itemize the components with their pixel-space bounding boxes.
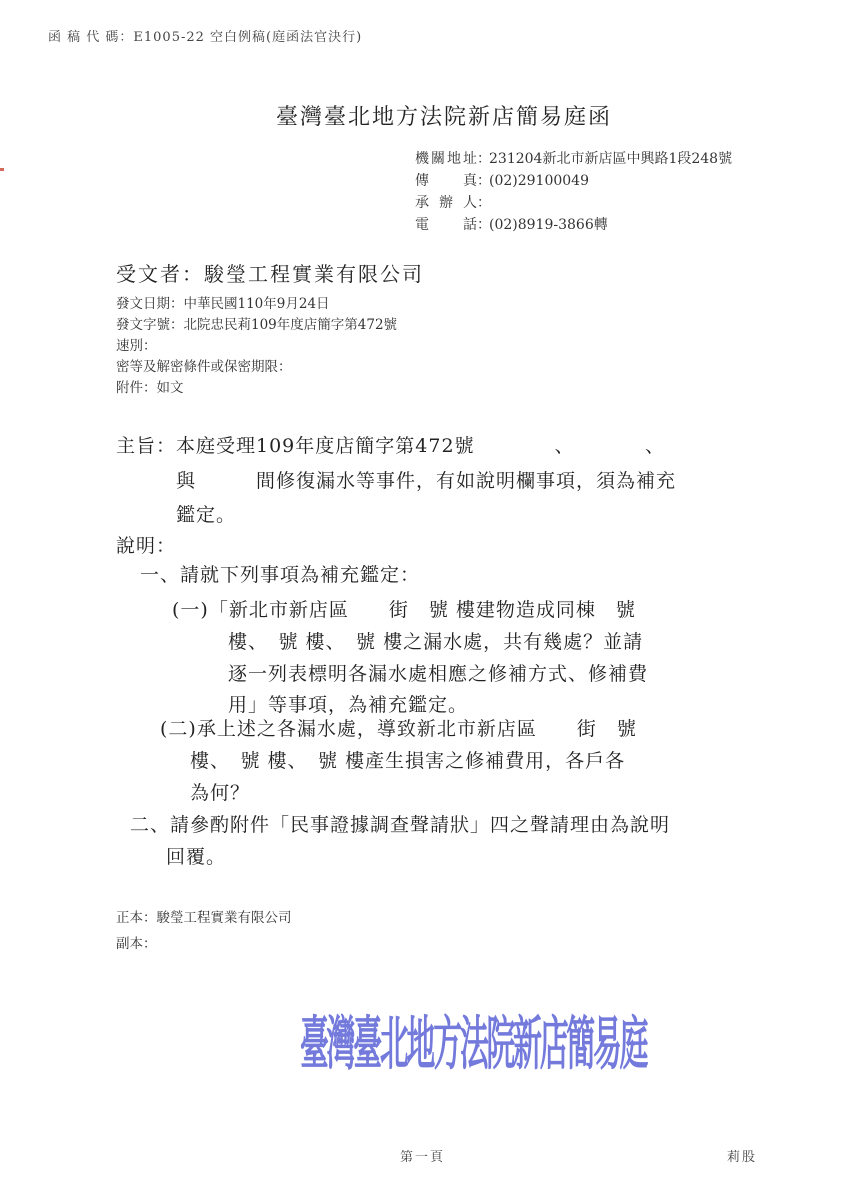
speed-class: 速別：: [116, 336, 397, 357]
contact-block: 機關地址 ： 231204新北市新店區中興路1段248號 傳 真 ： (02)2…: [415, 148, 759, 236]
item-1-1-line-3: 逐一列表標明各漏水處相應之修補方式、修補費: [228, 659, 648, 686]
fax-label: 傳 真: [415, 170, 477, 192]
copies-block: 正本：駿瑩工程實業有限公司 副本：: [116, 905, 292, 957]
issue-date: 發文日期：中華民國110年9月24日: [116, 294, 397, 315]
document-number: 發文字號：北院忠民莉109年度店簡字第472號: [116, 315, 397, 336]
handling-unit: 莉股: [727, 1146, 757, 1165]
secrecy-level: 密等及解密條件或保密期限：: [116, 357, 397, 378]
copy-recipient: 副本：: [116, 931, 292, 957]
item-1-2-line-1: (二)承上述之各漏水處，導致新北市新店區 街 號: [160, 714, 637, 741]
item-2-line-2: 回覆。: [166, 842, 226, 869]
address-label: 機關地址: [415, 148, 477, 170]
item-1-1-line-1: (一)「新北市新店區 街 號 樓建物造成同棟 號: [172, 595, 636, 622]
address-row: 機關地址 ： 231204新北市新店區中興路1段248號: [415, 148, 759, 170]
phone-value: (02)8919-3866轉: [489, 214, 759, 236]
fax-row: 傳 真 ： (02)29100049: [415, 170, 759, 192]
recipient: 受文者：駿瑩工程實業有限公司: [116, 258, 424, 287]
item-1-title: 一、請就下列事項為補充鑑定：: [140, 560, 420, 587]
item-1-2-line-3: 為何？: [190, 778, 250, 805]
meta-block: 發文日期：中華民國110年9月24日 發文字號：北院忠民莉109年度店簡字第47…: [116, 294, 397, 399]
form-code: 函 稿 代 碼：E1005-22 空白例稿(庭函法官決行): [48, 26, 362, 45]
scan-margin-mark: [0, 168, 4, 171]
handler-row: 承 辦 人 ：: [415, 192, 759, 214]
item-1-2-line-2: 樓、 號 樓、 號 樓產生損害之修補費用，各戶各: [190, 746, 625, 773]
explanation-heading: 說明：: [116, 531, 176, 558]
subject-line-2: 與 間修復漏水等事件，有如說明欄事項，須為補充: [176, 466, 676, 493]
subject-line-3: 鑑定。: [176, 500, 236, 527]
phone-row: 電 話 ： (02)8919-3866轉: [415, 214, 759, 236]
address-value: 231204新北市新店區中興路1段248號: [489, 148, 759, 170]
handler-label: 承 辦 人: [415, 192, 477, 214]
item-2-line-1: 二、請參酌附件「民事證據調查聲請狀」四之聲請理由為說明: [130, 810, 670, 837]
item-1-1-line-4: 用」等事項，為補充鑑定。: [228, 690, 468, 717]
original-recipient: 正本：駿瑩工程實業有限公司: [116, 905, 292, 931]
handler-value: [489, 192, 759, 214]
document-title: 臺灣臺北地方法院新店簡易庭函: [0, 100, 848, 131]
phone-label: 電 話: [415, 214, 477, 236]
item-1-1-line-2: 樓、 號 樓、 號 樓之漏水處，共有幾處？並請: [228, 627, 643, 654]
attachment: 附件：如文: [116, 378, 397, 399]
court-seal-stamp: 臺灣臺北地方法院新店簡易庭: [300, 998, 646, 1081]
page-number: 第一頁: [400, 1146, 445, 1165]
fax-value: (02)29100049: [489, 170, 759, 192]
subject-line-1: 主旨：本庭受理109年度店簡字第472號 、 、: [116, 431, 665, 458]
